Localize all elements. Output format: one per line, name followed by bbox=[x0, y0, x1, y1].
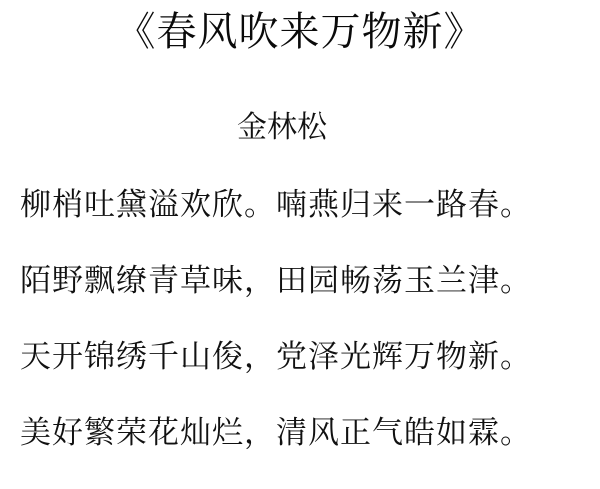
poem-line-3: 天开锦绣千山俊，党泽光辉万物新。 bbox=[20, 337, 600, 377]
poem-title: 《春风吹来万物新》 bbox=[0, 6, 600, 58]
poem-body: 柳梢吐黛溢欢欣。喃燕归来一路春。 陌野飘缭青草味，田园畅荡玉兰津。 天开锦绣千山… bbox=[20, 185, 600, 489]
poem-author: 金林松 bbox=[237, 108, 327, 148]
poem-line-2: 陌野飘缭青草味，田园畅荡玉兰津。 bbox=[20, 261, 600, 301]
poem-line-1: 柳梢吐黛溢欢欣。喃燕归来一路春。 bbox=[20, 185, 600, 225]
poem-line-4: 美好繁荣花灿烂，清风正气皓如霖。 bbox=[20, 413, 600, 453]
